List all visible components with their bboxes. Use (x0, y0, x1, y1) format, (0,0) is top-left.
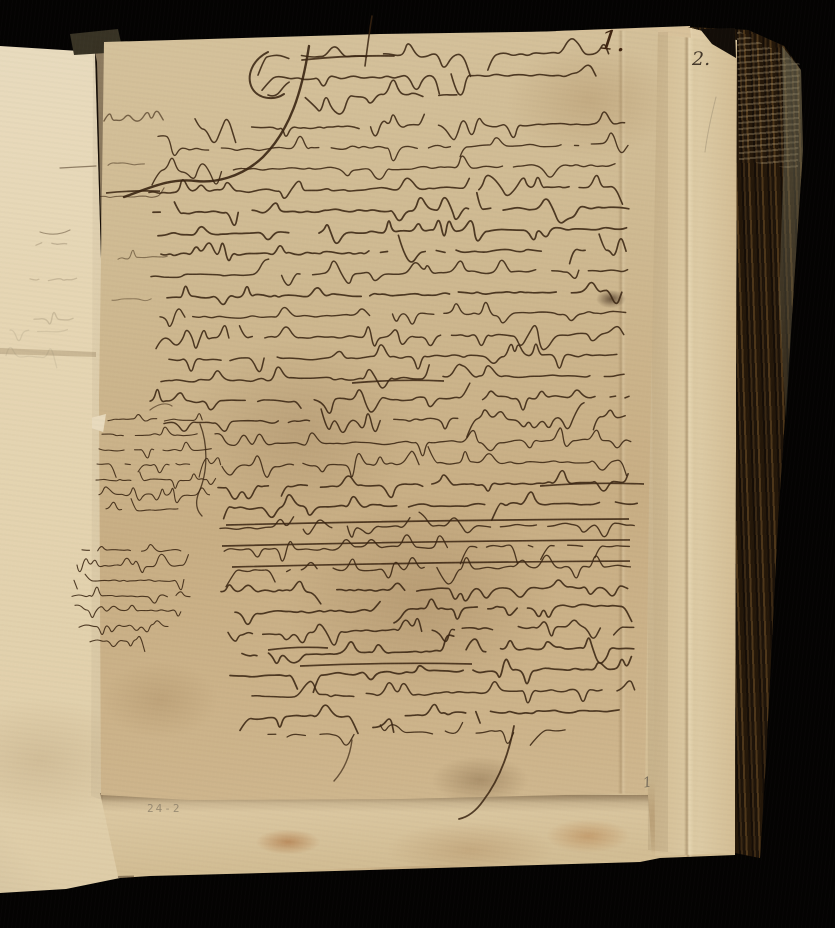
manuscript-photo: 1. 2. 24-2 1 (0, 0, 835, 928)
photo-vignette (0, 0, 835, 928)
